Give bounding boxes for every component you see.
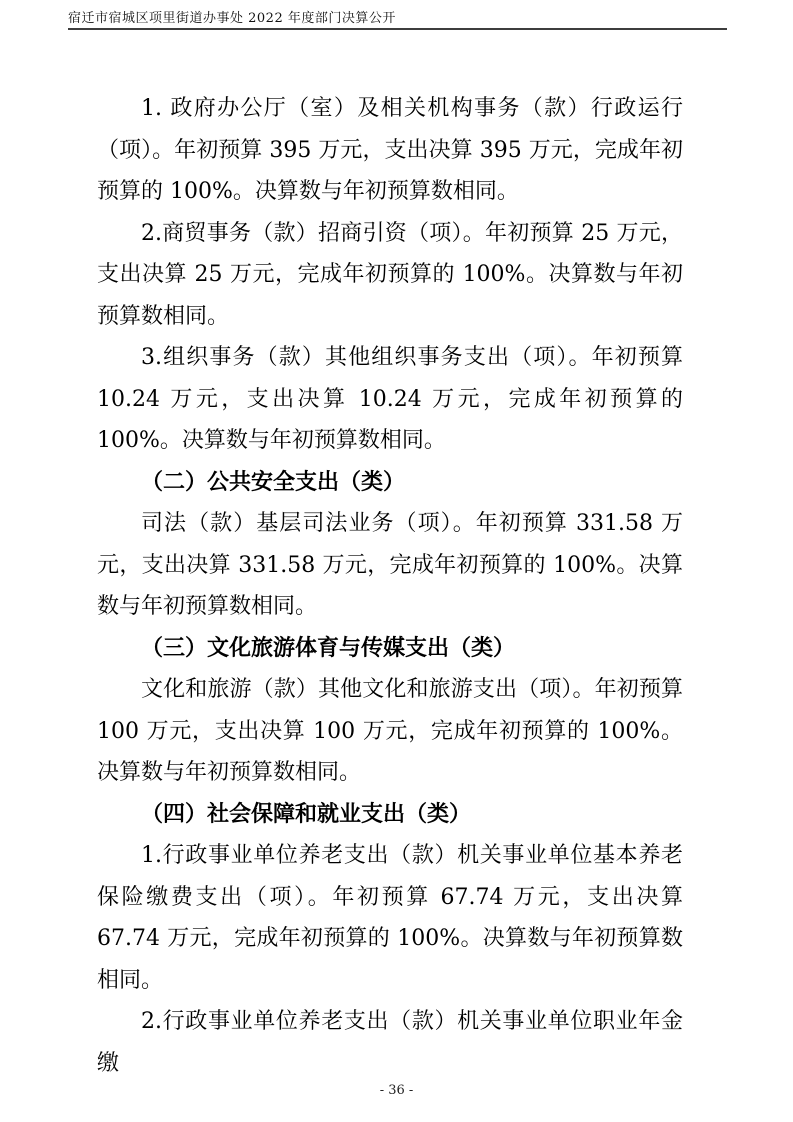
- body-paragraph: 1. 政府办公厅（室）及相关机构事务（款）行政运行（项）。年初预算 395 万元…: [97, 88, 683, 213]
- header-rule: [68, 28, 727, 30]
- page-number: - 36 -: [0, 1083, 793, 1099]
- body-paragraph: 1.行政事业单位养老支出（款）机关事业单位基本养老保险缴费支出（项）。年初预算 …: [97, 835, 683, 1001]
- section-heading: （四）社会保障和就业支出（类）: [97, 794, 683, 836]
- page-header-title: 宿迁市宿城区项里街道办事处 2022 年度部门决算公开: [68, 11, 727, 27]
- section-heading: （三）文化旅游体育与传媒支出（类）: [97, 628, 683, 670]
- body-paragraph: 文化和旅游（款）其他文化和旅游支出（项）。年初预算 100 万元，支出决算 10…: [97, 669, 683, 794]
- document-body: 1. 政府办公厅（室）及相关机构事务（款）行政运行（项）。年初预算 395 万元…: [97, 88, 683, 1084]
- body-paragraph: 3.组织事务（款）其他组织事务支出（项）。年初预算 10.24 万元，支出决算 …: [97, 337, 683, 462]
- body-paragraph: 2.行政事业单位养老支出（款）机关事业单位职业年金缴: [97, 1001, 683, 1084]
- section-heading: （二）公共安全支出（类）: [97, 462, 683, 504]
- body-paragraph: 司法（款）基层司法业务（项）。年初预算 331.58 万元，支出决算 331.5…: [97, 503, 683, 628]
- document-page: 宿迁市宿城区项里街道办事处 2022 年度部门决算公开 1. 政府办公厅（室）及…: [0, 0, 793, 1122]
- body-paragraph: 2.商贸事务（款）招商引资（项）。年初预算 25 万元，支出决算 25 万元，完…: [97, 213, 683, 338]
